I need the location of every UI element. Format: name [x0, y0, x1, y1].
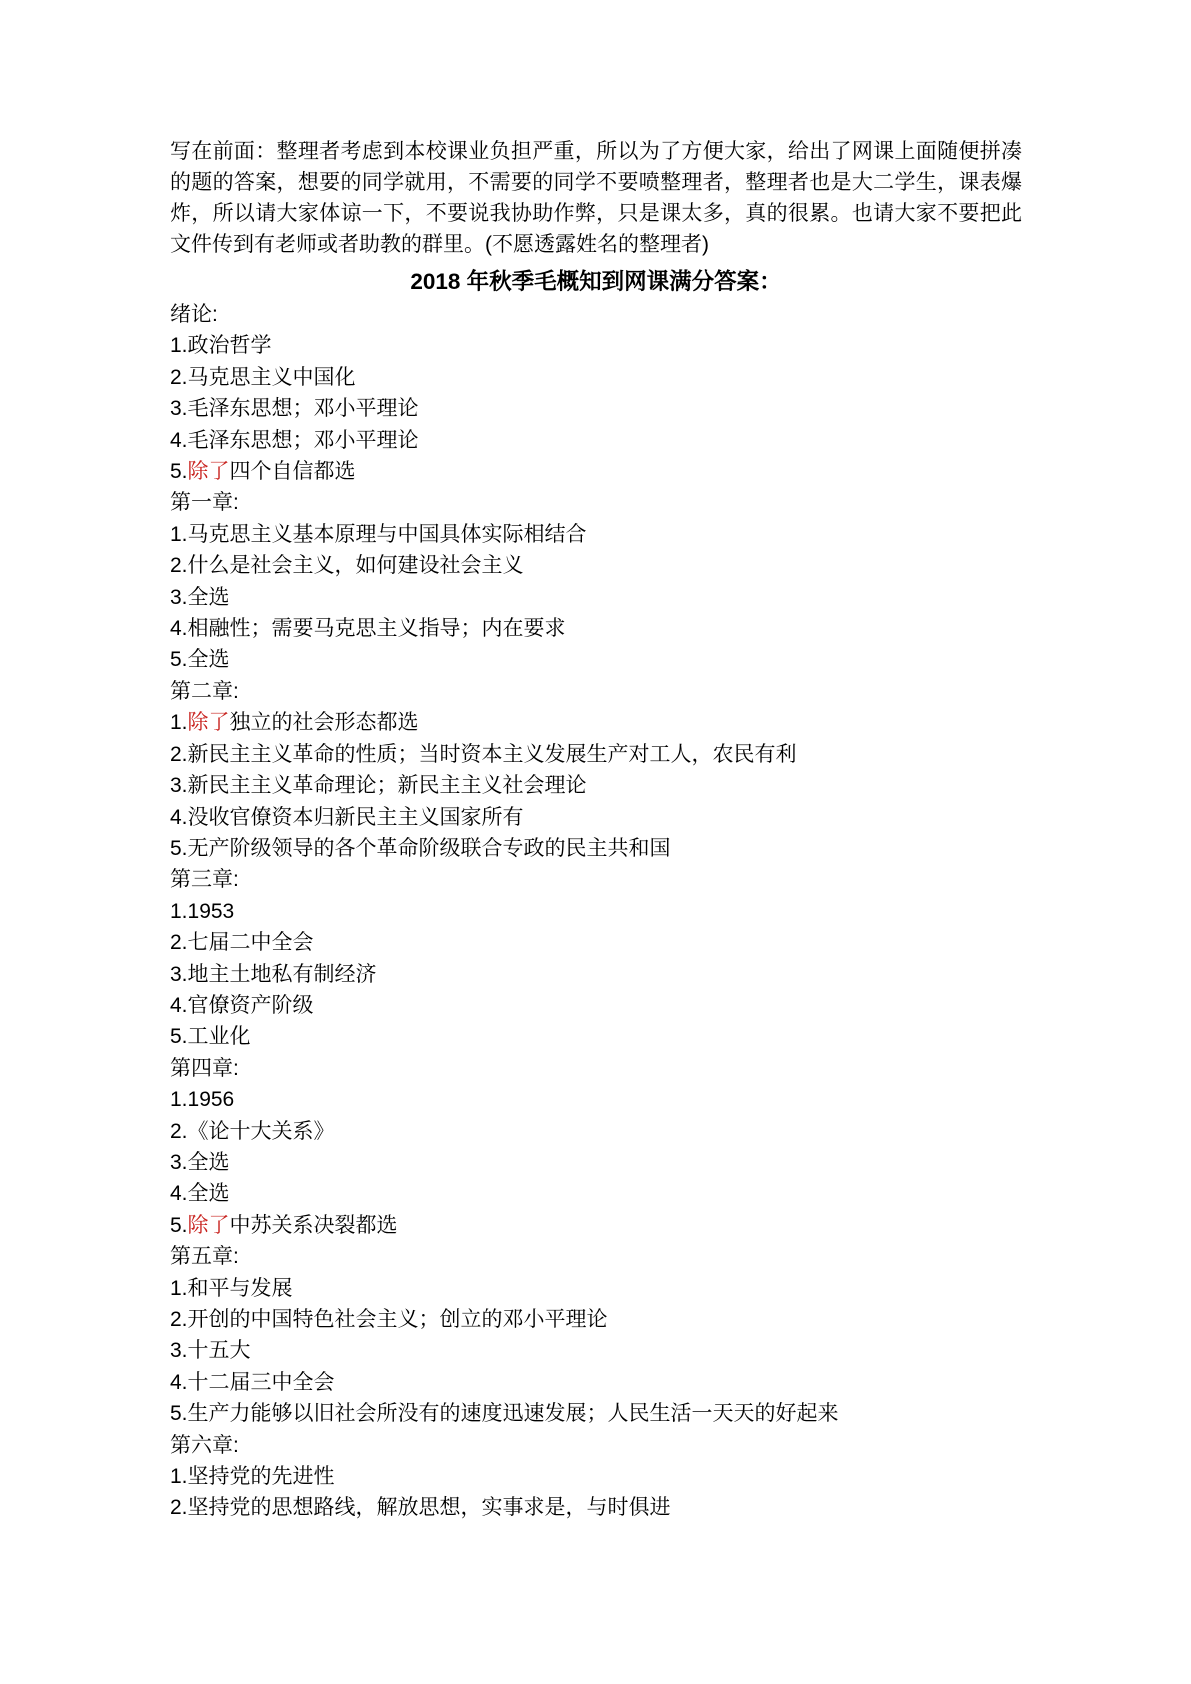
- answer-section: 第五章: 1.和平与发展 2.开创的中国特色社会主义；创立的邓小平理论 3.十五…: [170, 1241, 1022, 1429]
- answer-number: 4.: [170, 429, 188, 452]
- answer-number: 2.: [170, 1120, 188, 1143]
- answer-line: 3.十五大: [170, 1335, 1022, 1366]
- answers-list: 绪论: 1.政治哲学 2.马克思主义中国化 3.毛泽东思想；邓小平理论 4.毛泽…: [170, 299, 1022, 1524]
- answer-line: 1.马克思主义基本原理与中国具体实际相结合: [170, 519, 1022, 550]
- answer-line: 3.毛泽东思想；邓小平理论: [170, 393, 1022, 424]
- answer-number: 3.: [170, 1151, 188, 1174]
- answer-line: 2.坚持党的思想路线，解放思想，实事求是，与时俱进: [170, 1492, 1022, 1523]
- answer-text: 政治哲学: [188, 334, 272, 357]
- answer-text: 毛泽东思想；邓小平理论: [188, 397, 419, 420]
- answer-number: 2.: [170, 1496, 188, 1519]
- document-content: 写在前面：整理者考虑到本校课业负担严重，所以为了方便大家，给出了网课上面随便拼凑…: [170, 0, 1022, 1524]
- answer-text: 生产力能够以旧社会所没有的速度迅速发展；人民生活一天天的好起来: [188, 1402, 839, 1425]
- answer-line: 2.新民主主义革命的性质；当时资本主义发展生产对工人，农民有利: [170, 739, 1022, 770]
- section-heading: 第三章:: [170, 864, 1022, 895]
- section-block: 1.坚持党的先进性 2.坚持党的思想路线，解放思想，实事求是，与时俱进: [170, 1461, 1022, 1524]
- section-block: 1.1956 2.《论十大关系》 3.全选 4.全选 5.除了中苏关系决裂都选: [170, 1084, 1022, 1241]
- answer-text: 十五大: [188, 1339, 251, 1362]
- answer-text: 什么是社会主义，如何建设社会主义: [188, 554, 524, 577]
- answer-text: 坚持党的思想路线，解放思想，实事求是，与时俱进: [188, 1496, 671, 1519]
- answer-line: 4.官僚资产阶级: [170, 990, 1022, 1021]
- answer-text: 和平与发展: [188, 1277, 293, 1300]
- answer-highlight: 除了: [188, 460, 230, 483]
- answer-number: 4.: [170, 1182, 188, 1205]
- answer-number: 1.: [170, 1465, 188, 1488]
- section-block: 1.马克思主义基本原理与中国具体实际相结合 2.什么是社会主义，如何建设社会主义…: [170, 519, 1022, 676]
- answer-section: 第三章: 1.1953 2.七届二中全会 3.地主土地私有制经济 4.官僚资产阶…: [170, 864, 1022, 1052]
- section-block: 1.政治哲学 2.马克思主义中国化 3.毛泽东思想；邓小平理论 4.毛泽东思想；…: [170, 330, 1022, 487]
- intro-paragraph: 写在前面：整理者考虑到本校课业负担严重，所以为了方便大家，给出了网课上面随便拼凑…: [170, 136, 1022, 260]
- answer-number: 3.: [170, 774, 188, 797]
- answer-line: 4.相融性；需要马克思主义指导；内在要求: [170, 613, 1022, 644]
- answer-text: 坚持党的先进性: [188, 1465, 335, 1488]
- answer-text: 1956: [188, 1088, 235, 1111]
- answer-number: 4.: [170, 806, 188, 829]
- answer-text: 十二届三中全会: [188, 1371, 335, 1394]
- answer-line: 4.十二届三中全会: [170, 1367, 1022, 1398]
- section-heading: 第二章:: [170, 676, 1022, 707]
- answer-line: 2.七届二中全会: [170, 927, 1022, 958]
- answer-line: 2.马克思主义中国化: [170, 362, 1022, 393]
- answer-line: 1.政治哲学: [170, 330, 1022, 361]
- answer-number: 1.: [170, 900, 188, 923]
- answer-text: 四个自信都选: [230, 460, 356, 483]
- answer-text: 中苏关系决裂都选: [230, 1214, 398, 1237]
- answer-line: 5.全选: [170, 644, 1022, 675]
- document-title: 2018 年秋季毛概知到网课满分答案：: [170, 266, 1022, 297]
- answer-number: 2.: [170, 931, 188, 954]
- answer-number: 3.: [170, 963, 188, 986]
- answer-line: 5.无产阶级领导的各个革命阶级联合专政的民主共和国: [170, 833, 1022, 864]
- section-block: 1.1953 2.七届二中全会 3.地主土地私有制经济 4.官僚资产阶级 5.工…: [170, 896, 1022, 1053]
- answer-number: 2.: [170, 366, 188, 389]
- section-heading: 第六章:: [170, 1430, 1022, 1461]
- answer-number: 3.: [170, 1339, 188, 1362]
- answer-number: 2.: [170, 1308, 188, 1331]
- answer-line: 5.除了中苏关系决裂都选: [170, 1210, 1022, 1241]
- answer-number: 5.: [170, 837, 188, 860]
- answer-number: 1.: [170, 523, 188, 546]
- answer-text: 马克思主义中国化: [188, 366, 356, 389]
- section-block: 1.和平与发展 2.开创的中国特色社会主义；创立的邓小平理论 3.十五大 4.十…: [170, 1273, 1022, 1430]
- answer-text: 毛泽东思想；邓小平理论: [188, 429, 419, 452]
- answer-highlight: 除了: [188, 1214, 230, 1237]
- answer-line: 1.除了独立的社会形态都选: [170, 707, 1022, 738]
- section-heading: 第一章:: [170, 487, 1022, 518]
- answer-number: 5.: [170, 1025, 188, 1048]
- answer-line: 5.工业化: [170, 1021, 1022, 1052]
- answer-text: 没收官僚资本归新民主主义国家所有: [188, 806, 524, 829]
- answer-text: 马克思主义基本原理与中国具体实际相结合: [188, 523, 587, 546]
- answer-text: 全选: [188, 586, 230, 609]
- answer-number: 2.: [170, 743, 188, 766]
- answer-line: 5.除了四个自信都选: [170, 456, 1022, 487]
- answer-line: 3.全选: [170, 582, 1022, 613]
- answer-line: 1.坚持党的先进性: [170, 1461, 1022, 1492]
- answer-section: 第六章: 1.坚持党的先进性 2.坚持党的思想路线，解放思想，实事求是，与时俱进: [170, 1430, 1022, 1524]
- answer-number: 5.: [170, 1402, 188, 1425]
- answer-text: 全选: [188, 648, 230, 671]
- answer-number: 4.: [170, 994, 188, 1017]
- answer-line: 3.新民主主义革命理论；新民主主义社会理论: [170, 770, 1022, 801]
- answer-text: 相融性；需要马克思主义指导；内在要求: [188, 617, 566, 640]
- answer-number: 1.: [170, 711, 188, 734]
- answer-text: 无产阶级领导的各个革命阶级联合专政的民主共和国: [188, 837, 671, 860]
- answer-line: 2.《论十大关系》: [170, 1116, 1022, 1147]
- answer-line: 4.全选: [170, 1178, 1022, 1209]
- answer-number: 1.: [170, 1088, 188, 1111]
- answer-line: 3.地主土地私有制经济: [170, 959, 1022, 990]
- answer-section: 第四章: 1.1956 2.《论十大关系》 3.全选 4.全选 5.除了中苏关系…: [170, 1053, 1022, 1241]
- answer-text: 全选: [188, 1182, 230, 1205]
- answer-highlight: 除了: [188, 711, 230, 734]
- document-page: 写在前面：整理者考虑到本校课业负担严重，所以为了方便大家，给出了网课上面随便拼凑…: [0, 0, 1191, 1684]
- answer-number: 5.: [170, 1214, 188, 1237]
- answer-line: 4.毛泽东思想；邓小平理论: [170, 425, 1022, 456]
- answer-number: 5.: [170, 648, 188, 671]
- answer-text: 独立的社会形态都选: [230, 711, 419, 734]
- answer-number: 5.: [170, 460, 188, 483]
- answer-text: 《论十大关系》: [188, 1120, 335, 1143]
- answer-number: 4.: [170, 1371, 188, 1394]
- answer-number: 1.: [170, 334, 188, 357]
- answer-line: 1.1956: [170, 1084, 1022, 1115]
- section-heading: 第四章:: [170, 1053, 1022, 1084]
- answer-text: 新民主主义革命理论；新民主主义社会理论: [188, 774, 587, 797]
- answer-line: 1.1953: [170, 896, 1022, 927]
- answer-number: 4.: [170, 617, 188, 640]
- answer-line: 3.全选: [170, 1147, 1022, 1178]
- answer-number: 3.: [170, 397, 188, 420]
- answer-line: 1.和平与发展: [170, 1273, 1022, 1304]
- answer-section: 第二章: 1.除了独立的社会形态都选 2.新民主主义革命的性质；当时资本主义发展…: [170, 676, 1022, 864]
- section-heading: 绪论:: [170, 299, 1022, 330]
- answer-text: 开创的中国特色社会主义；创立的邓小平理论: [188, 1308, 608, 1331]
- answer-text: 全选: [188, 1151, 230, 1174]
- answer-number: 3.: [170, 586, 188, 609]
- answer-text: 工业化: [188, 1025, 251, 1048]
- section-block: 1.除了独立的社会形态都选 2.新民主主义革命的性质；当时资本主义发展生产对工人…: [170, 707, 1022, 864]
- answer-section: 绪论: 1.政治哲学 2.马克思主义中国化 3.毛泽东思想；邓小平理论 4.毛泽…: [170, 299, 1022, 487]
- answer-text: 1953: [188, 900, 235, 923]
- answer-number: 2.: [170, 554, 188, 577]
- answer-line: 2.开创的中国特色社会主义；创立的邓小平理论: [170, 1304, 1022, 1335]
- answer-section: 第一章: 1.马克思主义基本原理与中国具体实际相结合 2.什么是社会主义，如何建…: [170, 487, 1022, 675]
- answer-text: 官僚资产阶级: [188, 994, 314, 1017]
- answer-text: 七届二中全会: [188, 931, 314, 954]
- answer-text: 新民主主义革命的性质；当时资本主义发展生产对工人，农民有利: [188, 743, 797, 766]
- answer-line: 2.什么是社会主义，如何建设社会主义: [170, 550, 1022, 581]
- answer-number: 1.: [170, 1277, 188, 1300]
- answer-line: 4.没收官僚资本归新民主主义国家所有: [170, 802, 1022, 833]
- answer-text: 地主土地私有制经济: [188, 963, 377, 986]
- section-heading: 第五章:: [170, 1241, 1022, 1272]
- answer-line: 5.生产力能够以旧社会所没有的速度迅速发展；人民生活一天天的好起来: [170, 1398, 1022, 1429]
